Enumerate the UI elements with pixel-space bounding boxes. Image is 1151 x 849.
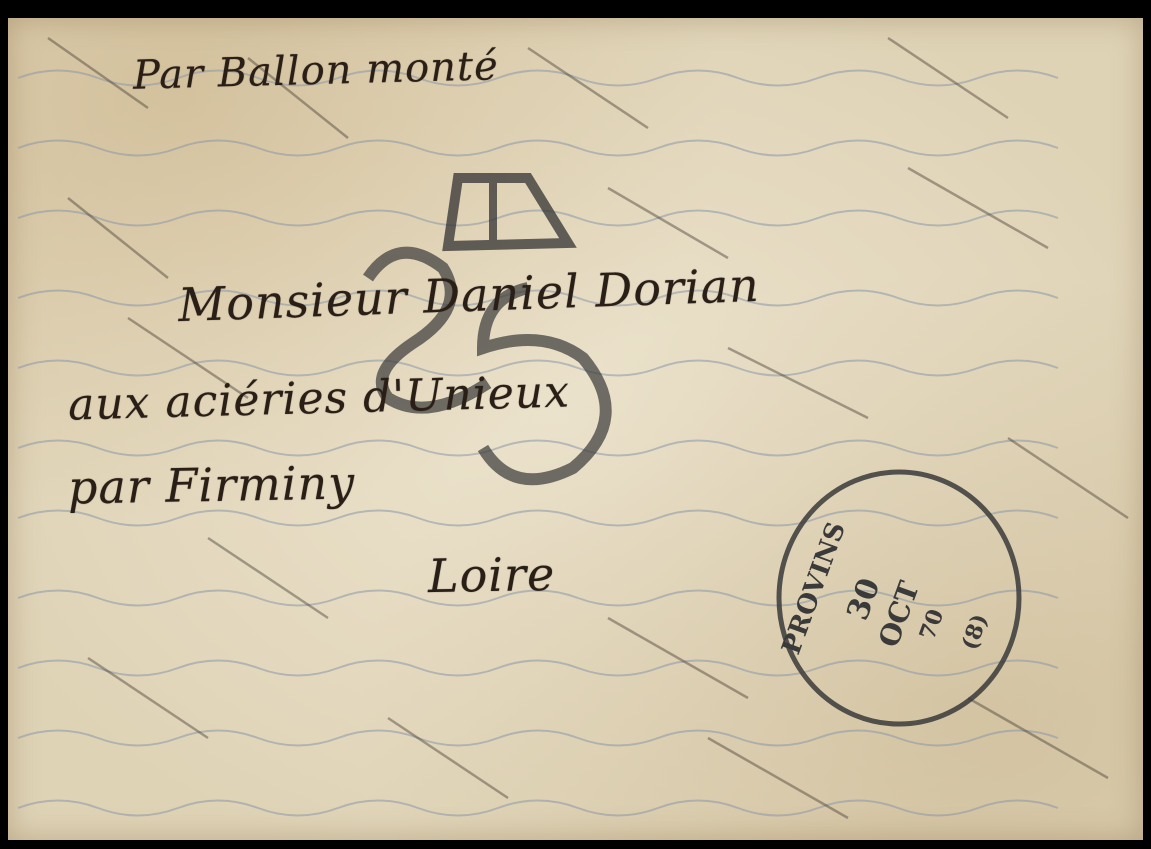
postmark-dept: (8) [957, 611, 994, 654]
header-inscription: Par Ballon monté [132, 43, 499, 99]
address-line-3: par Firminy [68, 455, 356, 514]
address-line-4: Loire [428, 547, 556, 603]
postmark-provins-icon: PROVINS 30 OCT 70 (8) [770, 463, 1028, 733]
postmark-town: PROVINS [776, 518, 851, 658]
envelope-cover: Par Ballon monté Monsieur Daniel Dorian … [8, 18, 1143, 840]
postmark-year: 70 [914, 606, 949, 644]
